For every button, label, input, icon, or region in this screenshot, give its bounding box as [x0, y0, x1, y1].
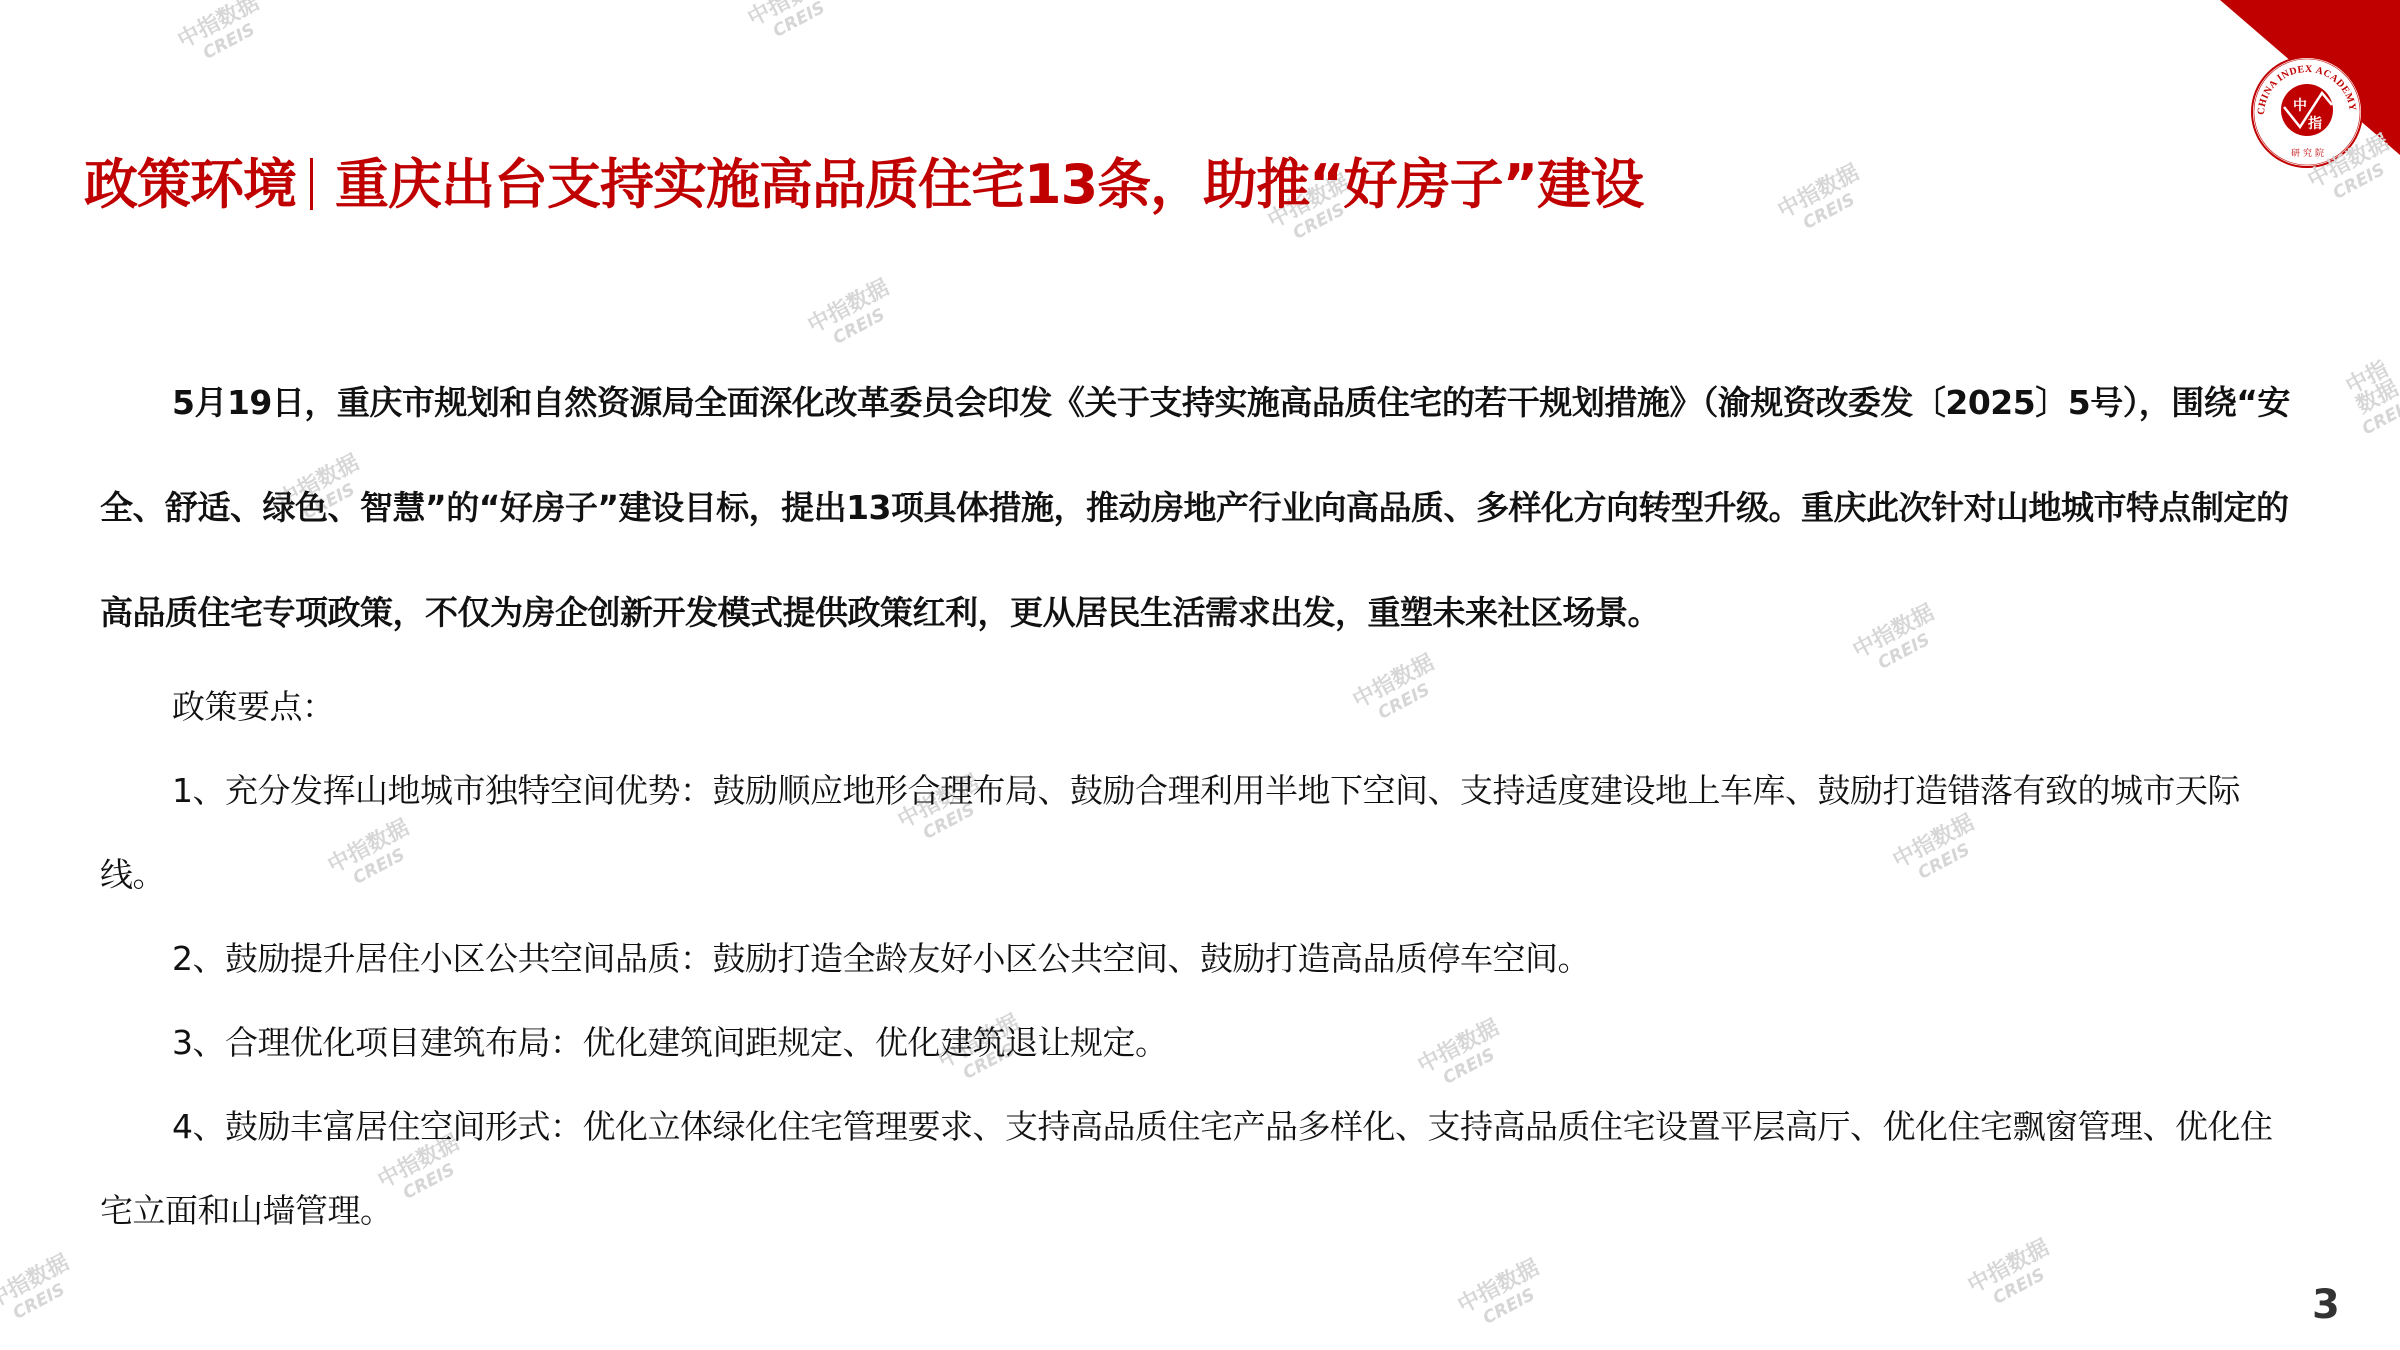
watermark: 中指数据CREIS: [0, 1252, 83, 1332]
points-heading: 政策要点：: [100, 665, 2300, 749]
logo-char-zhong: 中: [2293, 97, 2307, 114]
watermark: 中指数据CREIS: [2338, 356, 2400, 440]
title-text: 重庆出台支持实施高品质住宅13条，助推“好房子”建设: [335, 153, 1643, 216]
section-label: 政策环境: [84, 153, 296, 216]
watermark: 中指数据CREIS: [1775, 162, 1873, 242]
watermark: 中指数据CREIS: [745, 0, 843, 50]
title-divider: [310, 158, 313, 210]
content-body: 5月19日，重庆市规划和自然资源局全面深化改革委员会印发《关于支持实施高品质住宅…: [100, 350, 2300, 1253]
page-number: 3: [2312, 1282, 2340, 1328]
policy-point: 4、鼓励丰富居住空间形式：优化立体绿化住宅管理要求、支持高品质住宅产品多样化、支…: [100, 1085, 2300, 1253]
china-index-academy-logo: CHINA INDEX ACADEMY 中 指 研究院: [2250, 55, 2365, 170]
page-title: 政策环境重庆出台支持实施高品质住宅13条，助推“好房子”建设: [84, 145, 1643, 225]
policy-point: 2、鼓励提升居住小区公共空间品质：鼓励打造全龄友好小区公共空间、鼓励打造高品质停…: [100, 917, 2300, 1001]
policy-point: 3、合理优化项目建筑布局：优化建筑间距规定、优化建筑退让规定。: [100, 1001, 2300, 1085]
logo-bottom-text: 研究院: [2291, 147, 2327, 159]
policy-point: 1、充分发挥山地城市独特空间优势：鼓励顺应地形合理布局、鼓励合理利用半地下空间、…: [100, 749, 2300, 917]
watermark: 中指数据CREIS: [175, 0, 273, 72]
intro-paragraph: 5月19日，重庆市规划和自然资源局全面深化改革委员会印发《关于支持实施高品质住宅…: [100, 350, 2300, 665]
watermark: 中指数据CREIS: [805, 277, 903, 357]
watermark: 中指数据CREIS: [1455, 1257, 1553, 1337]
logo-char-zhi: 指: [2308, 115, 2322, 132]
